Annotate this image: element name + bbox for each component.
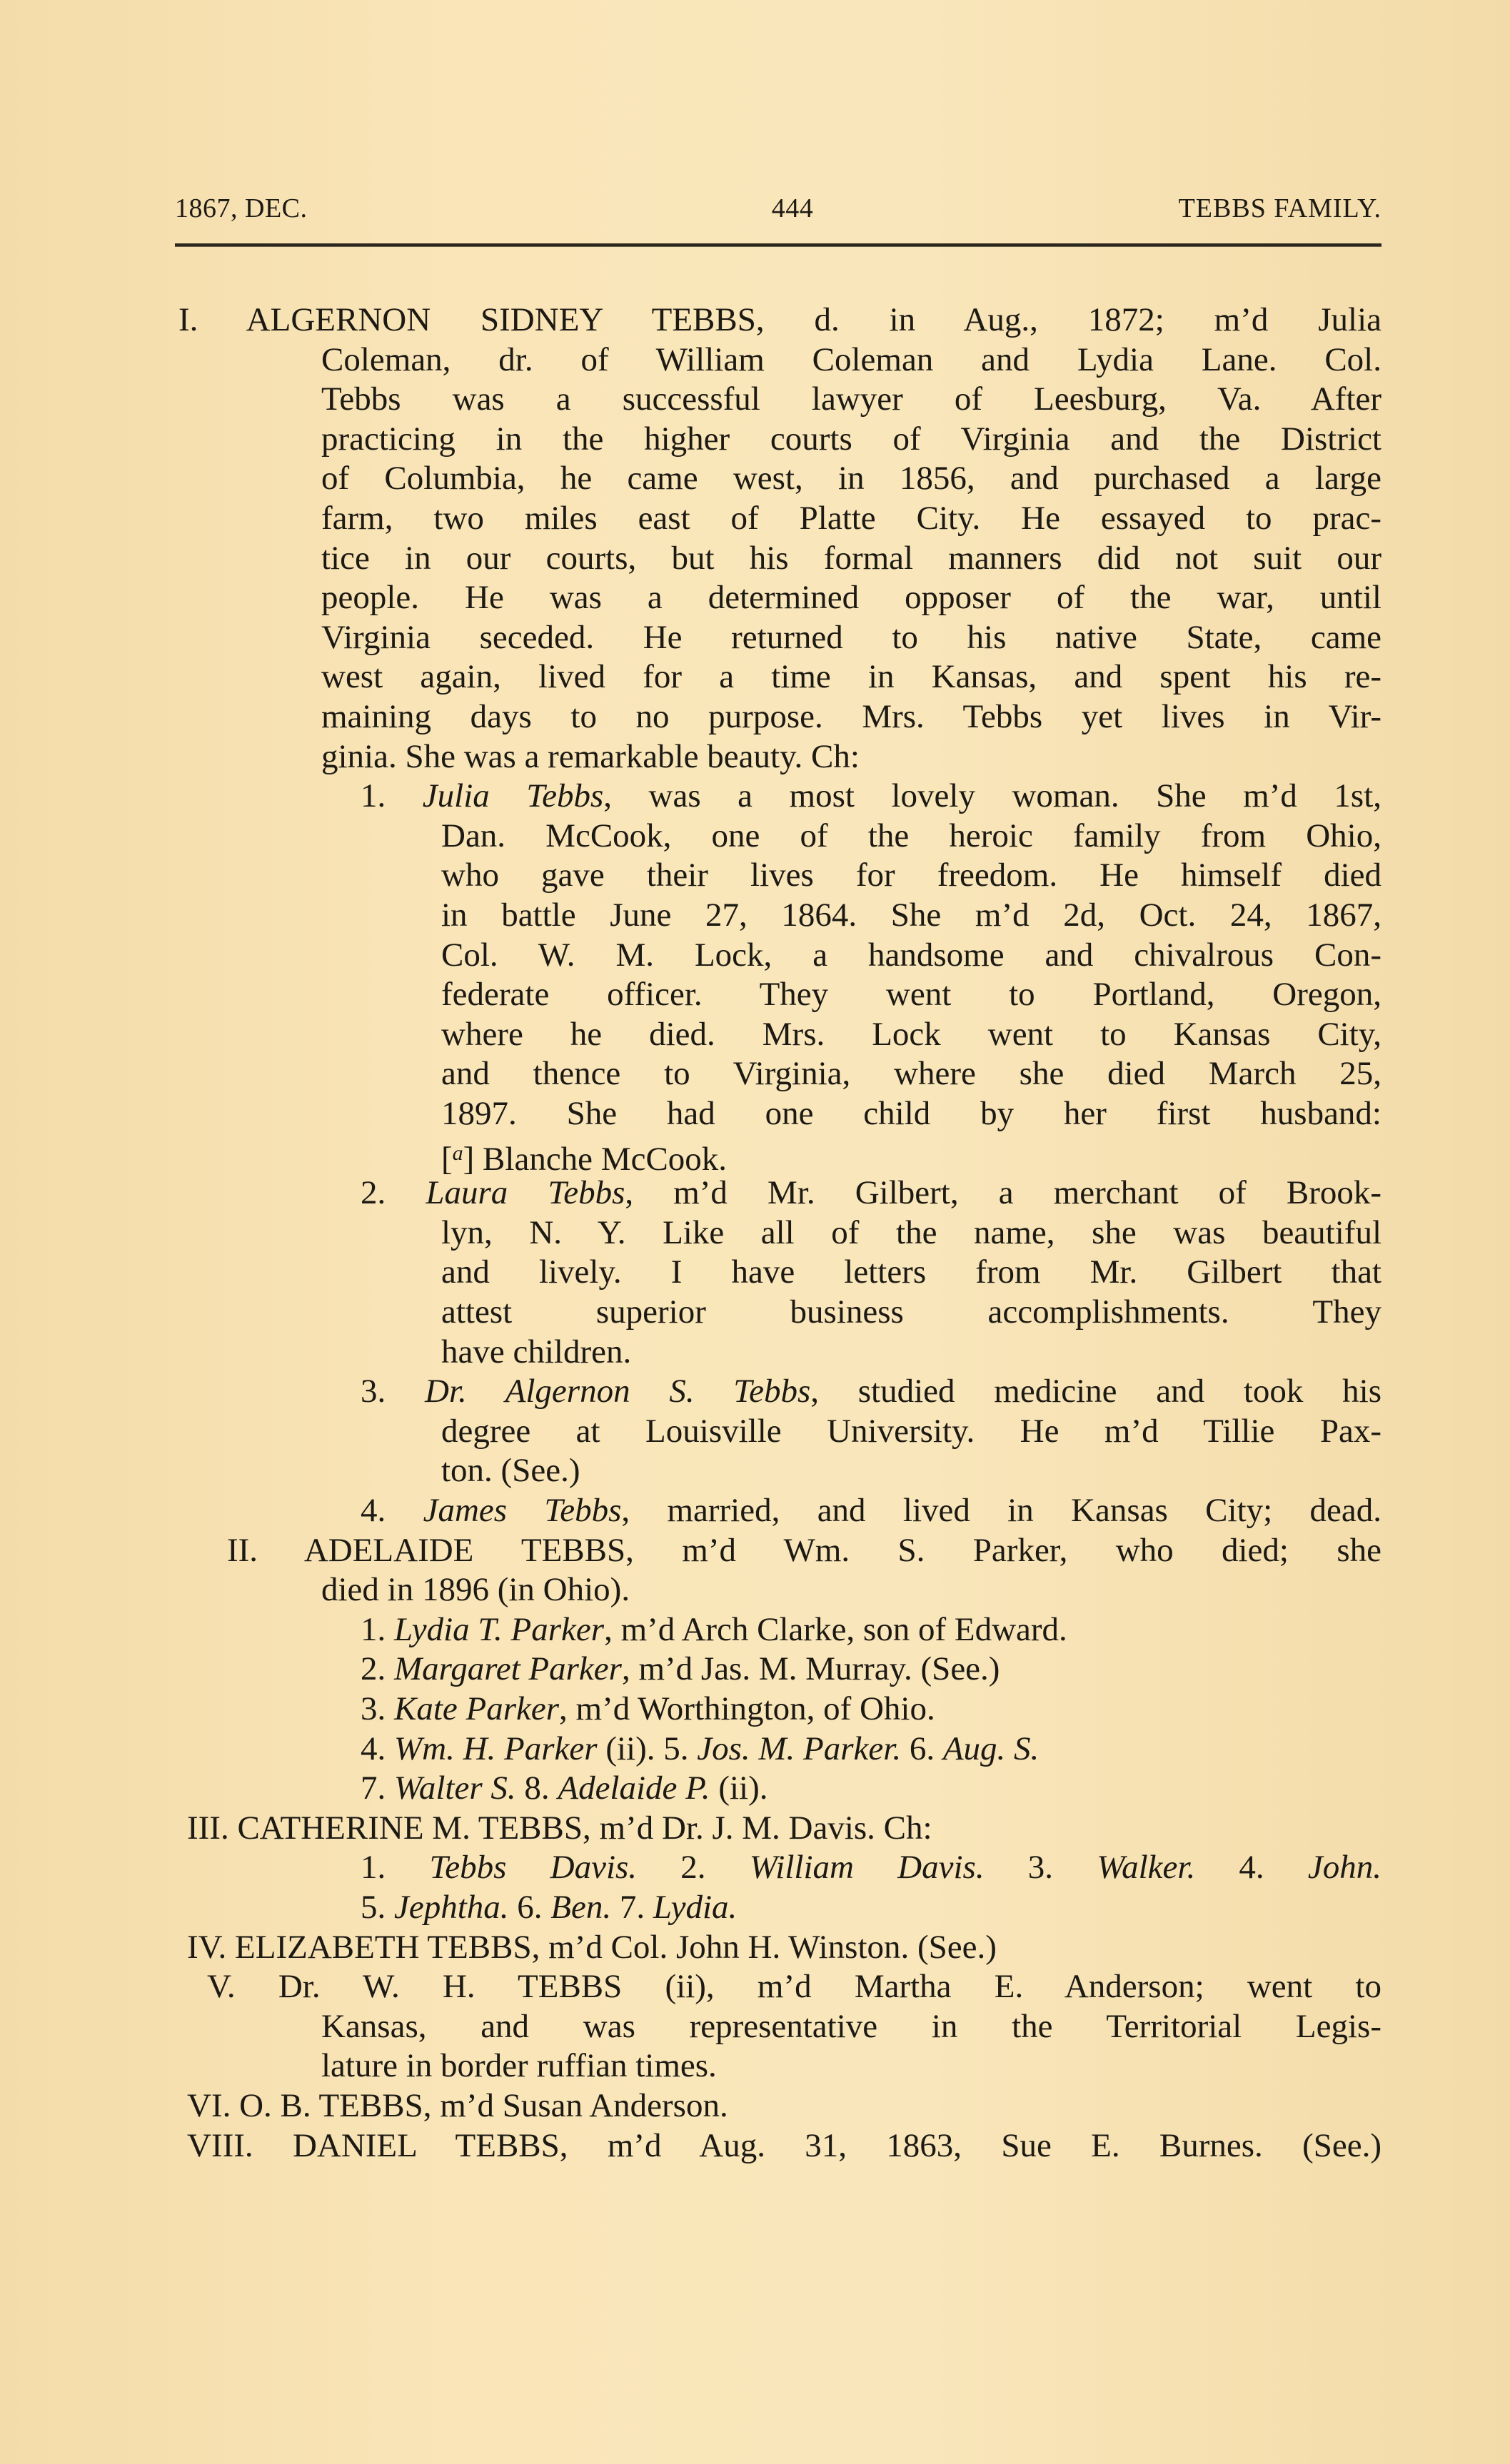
text-run: Tebbs was a successful lawyer of Leesbur… [321,380,1381,418]
text-run: IV. ELIZABETH TEBBS, m’d Col. John H. Wi… [187,1929,997,1966]
text-line: who gave their lives for freedom. He him… [441,855,1381,895]
text-run: 2. [637,1849,750,1886]
person-name: Jos. M. Parker. [697,1730,901,1767]
text-run: 4. [361,1492,423,1529]
text-run: and lively. I have letters from Mr. Gilb… [441,1253,1381,1291]
text-run: 4. [361,1730,394,1767]
text-run: Kansas, and was representative in the Te… [321,2008,1381,2045]
text-line: 3. Kate Parker, m’d Worthington, of Ohio… [361,1689,1381,1729]
text-run: 3. [361,1690,394,1727]
text-line: people. He was a determined opposer of t… [321,577,1381,617]
text-run: I. ALGERNON SIDNEY TEBBS, d. in Aug., 18… [178,301,1381,338]
header-date: 1867, DEC. [175,193,308,224]
text-line: III. CATHERINE M. TEBBS, m’d Dr. J. M. D… [187,1808,1381,1848]
text-run: 7. [361,1769,394,1807]
text-run: and thence to Virginia, where she died M… [441,1055,1381,1092]
person-name: Lydia. [653,1889,737,1926]
text-run: 1897. She had one child by her first hus… [441,1095,1381,1132]
text-line: Virginia seceded. He returned to his nat… [321,617,1381,657]
footnote-marker: a [453,1141,463,1165]
page-number: 444 [760,193,825,224]
text-line: west again, lived for a time in Kansas, … [321,657,1381,697]
text-run: III. CATHERINE M. TEBBS, m’d Dr. J. M. D… [187,1809,932,1847]
text-line: degree at Louisville University. He m’d … [441,1411,1381,1451]
text-run: west again, lived for a time in Kansas, … [321,658,1381,695]
person-name: William Davis. [750,1849,985,1886]
text-run: , was a most lovely woman. She m’d 1st, [603,777,1381,814]
text-line: 3. Dr. Algernon S. Tebbs, studied medici… [361,1371,1381,1411]
text-run: federate officer. They went to Portland,… [441,976,1381,1013]
text-run: farm, two miles east of Platte City. He … [321,500,1381,537]
text-line: lyn, N. Y. Like all of the name, she was… [441,1213,1381,1253]
text-line: have children. [441,1332,1381,1372]
text-run: V. Dr. W. H. TEBBS (ii), m’d Martha E. A… [207,1968,1381,2005]
person-name: James Tebbs [423,1492,622,1529]
text-run: practicing in the higher courts of Virgi… [321,420,1381,458]
header-title: TEBBS FAMILY. [1179,193,1381,224]
text-line: ton. (See.) [441,1450,1381,1490]
text-run: people. He was a determined opposer of t… [321,579,1381,616]
text-run: , m’d Worthington, of Ohio. [559,1690,935,1727]
text-run: 3. [361,1373,425,1410]
text-run: 5. [361,1889,394,1926]
text-line: IV. ELIZABETH TEBBS, m’d Col. John H. Wi… [187,1927,1381,1967]
person-name: Walker. [1097,1849,1195,1886]
text-run: maining days to no purpose. Mrs. Tebbs y… [321,698,1381,735]
text-run: who gave their lives for freedom. He him… [441,857,1381,894]
text-run: where he died. Mrs. Lock went to Kansas … [441,1016,1381,1053]
text-line: VI. O. B. TEBBS, m’d Susan Anderson. [187,2086,1381,2126]
text-run: lature in border ruffian times. [321,2047,717,2084]
text-line: died in 1896 (in Ohio). [321,1570,1381,1610]
text-line: in battle June 27, 1864. She m’d 2d, Oct… [441,895,1381,935]
text-line: Coleman, dr. of William Coleman and Lydi… [321,340,1381,380]
person-name: Aug. S. [943,1730,1039,1767]
person-name: Ben. [550,1889,611,1926]
text-line: maining days to no purpose. Mrs. Tebbs y… [321,697,1381,737]
text-run: , m’d Mr. Gilbert, a merchant of Brook- [625,1174,1381,1211]
text-run: , m’d Arch Clarke, son of Edward. [604,1611,1067,1648]
text-run: attest superior business accomplishments… [441,1293,1381,1331]
text-run: VI. O. B. TEBBS, m’d Susan Anderson. [187,2087,728,2124]
person-name: Wm. H. Parker [394,1730,598,1767]
text-run: 1. [361,777,423,814]
person-name: Kate Parker [394,1690,559,1727]
text-line: [a] Blanche McCook. [441,1133,1381,1173]
text-line: 1897. She had one child by her first hus… [441,1094,1381,1133]
person-name: Walter S. [394,1769,516,1807]
person-name: Lydia T. Parker [394,1611,604,1648]
text-line: and thence to Virginia, where she died M… [441,1054,1381,1094]
person-name: John. [1308,1849,1381,1886]
text-line: Tebbs was a successful lawyer of Leesbur… [321,379,1381,419]
person-name: Jephtha. [394,1889,509,1926]
text-run: degree at Louisville University. He m’d … [441,1413,1381,1450]
text-line: 7. Walter S. 8. Adelaide P. (ii). [361,1768,1381,1808]
text-run: 7. [611,1889,653,1926]
text-run: II. ADELAIDE TEBBS, m’d Wm. S. Parker, w… [227,1532,1381,1569]
text-run: of Columbia, he came west, in 1856, and … [321,460,1381,497]
text-line: 2. Margaret Parker, m’d Jas. M. Murray. … [361,1649,1381,1689]
person-name: Dr. Algernon S. Tebbs [425,1373,810,1410]
text-line: federate officer. They went to Portland,… [441,974,1381,1014]
text-line: lature in border ruffian times. [321,2046,1381,2086]
text-line: of Columbia, he came west, in 1856, and … [321,458,1381,498]
text-line: 2. Laura Tebbs, m’d Mr. Gilbert, a merch… [361,1173,1381,1213]
person-name: Adelaide P. [558,1769,710,1807]
text-line: farm, two miles east of Platte City. He … [321,498,1381,538]
text-run: VIII. DANIEL TEBBS, m’d Aug. 31, 1863, S… [187,2127,1381,2164]
header-rule [175,243,1381,247]
text-line: Kansas, and was representative in the Te… [321,2006,1381,2046]
person-name: Laura Tebbs [426,1174,625,1211]
text-line: Dan. McCook, one of the heroic family fr… [441,816,1381,856]
text-line: and lively. I have letters from Mr. Gilb… [441,1252,1381,1292]
text-run: Coleman, dr. of William Coleman and Lydi… [321,341,1381,378]
text-run: , studied medicine and took his [810,1373,1381,1410]
text-run: Virginia seceded. He returned to his nat… [321,619,1381,656]
text-line: 1. Julia Tebbs, was a most lovely woman.… [361,776,1381,816]
text-line: V. Dr. W. H. TEBBS (ii), m’d Martha E. A… [207,1966,1381,2006]
text-line: 1. Lydia T. Parker, m’d Arch Clarke, son… [361,1610,1381,1650]
person-name: Julia Tebbs [423,777,603,814]
text-line: 4. James Tebbs, married, and lived in Ka… [361,1490,1381,1530]
text-line: practicing in the higher courts of Virgi… [321,419,1381,459]
text-run: (ii). 5. [598,1730,698,1767]
text-run: Dan. McCook, one of the heroic family fr… [441,817,1381,854]
text-run: have children. [441,1333,631,1370]
text-run: 3. [985,1849,1097,1886]
text-run: died in 1896 (in Ohio). [321,1571,630,1608]
text-line: 1. Tebbs Davis. 2. William Davis. 3. Wal… [361,1847,1381,1887]
text-run: in battle June 27, 1864. She m’d 2d, Oct… [441,897,1381,934]
person-name: Tebbs Davis. [429,1849,637,1886]
text-run: 1. [361,1611,394,1648]
text-run: 2. [361,1650,394,1687]
text-run: , m’d Jas. M. Murray. (See.) [622,1650,1000,1687]
text-run: tice in our courts, but his formal manne… [321,540,1381,577]
text-line: Col. W. M. Lock, a handsome and chivalro… [441,935,1381,975]
text-line: I. ALGERNON SIDNEY TEBBS, d. in Aug., 18… [178,300,1381,340]
text-run: 2. [361,1174,426,1211]
running-header: 1867, DEC. 444 TEBBS FAMILY. [175,193,1381,227]
text-line: 4. Wm. H. Parker (ii). 5. Jos. M. Parker… [361,1729,1381,1769]
text-run: 1. [361,1849,429,1886]
text-line: VIII. DANIEL TEBBS, m’d Aug. 31, 1863, S… [187,2126,1381,2166]
text-run: Col. W. M. Lock, a handsome and chivalro… [441,936,1381,974]
text-run: lyn, N. Y. Like all of the name, she was… [441,1214,1381,1251]
text-run: ginia. She was a remarkable beauty. Ch: [321,738,860,775]
text-line: II. ADELAIDE TEBBS, m’d Wm. S. Parker, w… [227,1530,1381,1570]
text-run: 6. [901,1730,943,1767]
text-run: , married, and lived in Kansas City; dea… [621,1492,1381,1529]
text-line: tice in our courts, but his formal manne… [321,538,1381,578]
text-line: where he died. Mrs. Lock went to Kansas … [441,1014,1381,1054]
person-name: Margaret Parker [394,1650,622,1687]
text-line: ginia. She was a remarkable beauty. Ch: [321,737,1381,777]
text-run: (ii). [710,1769,768,1807]
text-run: 4. [1195,1849,1308,1886]
text-run: 6. [509,1889,551,1926]
text-run: 8. [516,1769,558,1807]
text-line: 5. Jephtha. 6. Ben. 7. Lydia. [361,1887,1381,1927]
text-run: ton. (See.) [441,1452,580,1489]
text-line: attest superior business accomplishments… [441,1292,1381,1332]
